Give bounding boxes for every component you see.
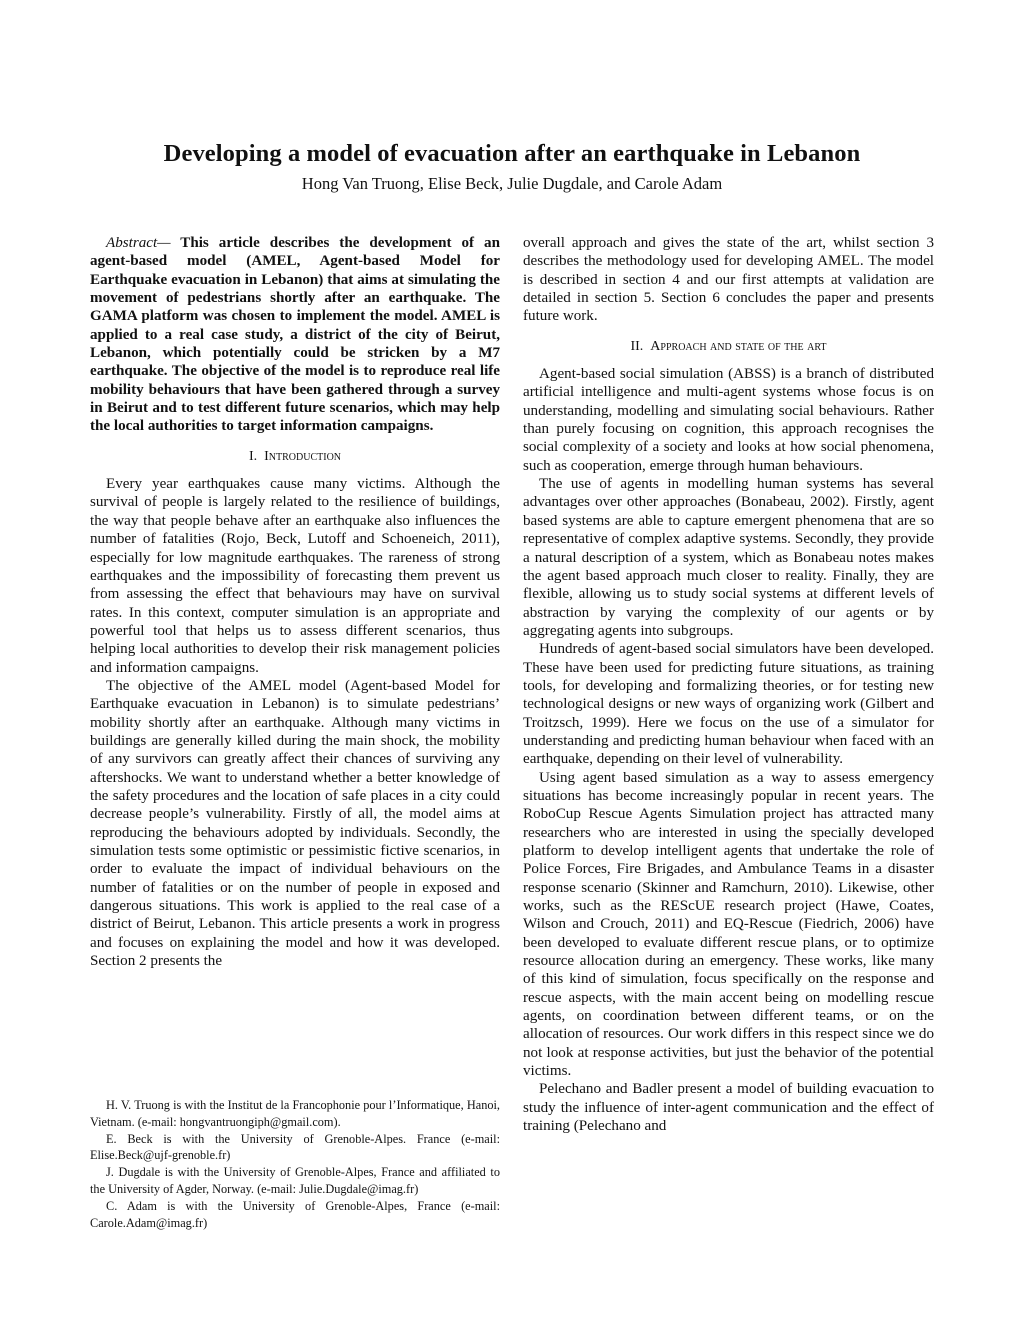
section-heading-introduction: I. Introduction	[90, 448, 500, 466]
paragraph: The use of agents in modelling human sys…	[523, 475, 934, 640]
paragraph-continued: overall approach and gives the state of …	[523, 234, 934, 326]
section-heading-approach: II. Approach and state of the art	[523, 338, 934, 356]
section-number: II.	[630, 339, 643, 354]
right-column: overall approach and gives the state of …	[523, 234, 934, 1136]
footnote: E. Beck is with the University of Grenob…	[90, 1131, 500, 1165]
left-column: Abstract— This article describes the dev…	[90, 234, 500, 970]
paper-title: Developing a model of evacuation after a…	[0, 140, 1024, 168]
paragraph: Every year earthquakes cause many victim…	[90, 475, 500, 677]
author-footnotes: H. V. Truong is with the Institut de la …	[90, 1097, 500, 1231]
paragraph: Pelechano and Badler present a model of …	[523, 1080, 934, 1135]
section-title: Introduction	[264, 449, 341, 464]
paragraph: Hundreds of agent-based social simulator…	[523, 640, 934, 768]
footnote: H. V. Truong is with the Institut de la …	[90, 1097, 500, 1131]
abstract: Abstract— This article describes the dev…	[90, 234, 500, 436]
section-number: I.	[249, 449, 257, 464]
abstract-text: This article describes the development o…	[90, 235, 500, 434]
paragraph: Agent-based social simulation (ABSS) is …	[523, 365, 934, 475]
footnote: J. Dugdale is with the University of Gre…	[90, 1164, 500, 1198]
author-list: Hong Van Truong, Elise Beck, Julie Dugda…	[0, 174, 1024, 194]
paragraph: The objective of the AMEL model (Agent-b…	[90, 677, 500, 971]
paragraph: Using agent based simulation as a way to…	[523, 769, 934, 1081]
footnote: C. Adam is with the University of Grenob…	[90, 1198, 500, 1232]
section-title: Approach and state of the art	[650, 339, 826, 354]
abstract-label: Abstract—	[106, 235, 171, 251]
